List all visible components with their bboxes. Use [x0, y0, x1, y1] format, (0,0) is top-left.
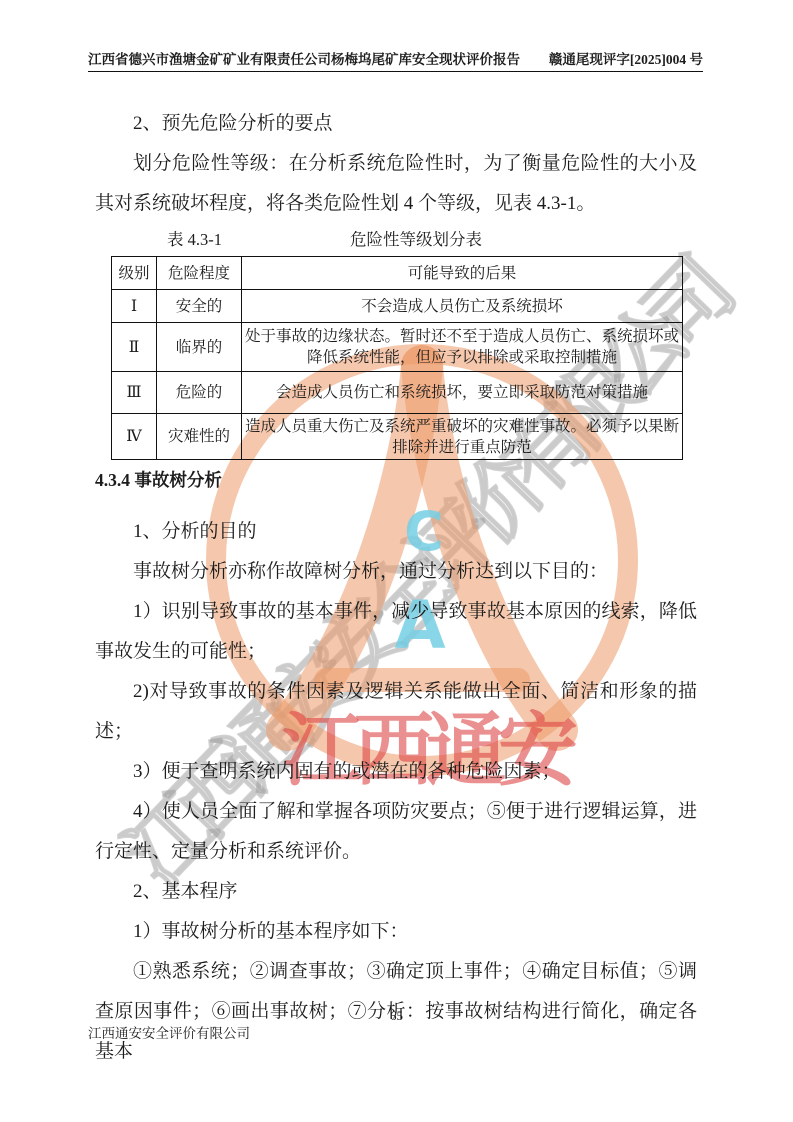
header-doc-number: 赣通尾现评字[2025]004 号: [549, 48, 703, 68]
col-header-degree: 危险程度: [157, 257, 242, 290]
document-page: 江西通安安全评价有限公司 C A 江西通安 江西省德兴市渔塘金矿矿业有限责任公司…: [0, 0, 793, 1122]
cell-level: Ⅱ: [112, 323, 157, 372]
paragraph: 4）使人员全面了解和掌握各项防灾要点；⑤便于进行逻辑运算，进行定性、定量分析和系…: [95, 792, 697, 872]
paragraph: 3）便于查明系统内固有的或潜在的各种危险因素；: [95, 752, 697, 792]
paragraph: 事故树分析亦称作故障树分析，通过分析达到以下目的：: [95, 552, 697, 592]
cell-consequence: 不会造成人员伤亡及系统损坏: [242, 290, 683, 323]
document-body: 2、预先危险分析的要点 划分危险性等级：在分析系统危险性时，为了衡量危险性的大小…: [95, 104, 697, 1072]
cell-level: Ⅰ: [112, 290, 157, 323]
cell-degree: 危险的: [157, 372, 242, 414]
cell-degree: 临界的: [157, 323, 242, 372]
section-body: 1、分析的目的 事故树分析亦称作故障树分析，通过分析达到以下目的： 1）识别导致…: [95, 512, 697, 1072]
paragraph: 2、基本程序: [95, 872, 697, 912]
paragraph: 1）事故树分析的基本程序如下：: [95, 912, 697, 952]
page-header: 江西省德兴市渔塘金矿矿业有限责任公司杨梅坞尾矿库安全现状评价报告 赣通尾现评字[…: [88, 48, 703, 68]
table-row: Ⅳ 灾难性的 造成人员重大伤亡及系统严重破坏的灾难性事故。必须予以果断排除并进行…: [112, 414, 683, 460]
table-row: Ⅲ 危险的 会造成人员伤亡和系统损坏，要立即采取防范对策措施: [112, 372, 683, 414]
cell-consequence: 处于事故的边缘状态。暂时还不至于造成人员伤亡、系统损坏或降低系统性能，但应予以排…: [242, 323, 683, 372]
table-header-row: 级别 危险程度 可能导致的后果: [112, 257, 683, 290]
paragraph: 1、分析的目的: [95, 512, 697, 552]
cell-level: Ⅲ: [112, 372, 157, 414]
paragraph-intro: 划分危险性等级：在分析系统危险性时，为了衡量危险性的大小及其对系统破坏程度，将各…: [95, 144, 697, 224]
cell-degree: 安全的: [157, 290, 242, 323]
paragraph: 2)对导致事故的条件因素及逻辑关系能做出全面、简洁和形象的描述；: [95, 672, 697, 752]
table-caption-title: 危险性等级划分表: [350, 224, 482, 256]
table-caption: 表 4.3-1 危险性等级划分表: [95, 224, 697, 256]
table-caption-label: 表 4.3-1: [167, 224, 222, 256]
cell-consequence: 造成人员重大伤亡及系统严重破坏的灾难性事故。必须予以果断排除并进行重点防范: [242, 414, 683, 460]
footer-company-name: 江西通安安全评价有限公司: [88, 1022, 250, 1042]
col-header-level: 级别: [112, 257, 157, 290]
cell-consequence: 会造成人员伤亡和系统损坏，要立即采取防范对策措施: [242, 372, 683, 414]
paragraph-topic: 2、预先危险分析的要点: [95, 104, 697, 144]
header-rule: [88, 71, 703, 72]
cell-level: Ⅳ: [112, 414, 157, 460]
cell-degree: 灾难性的: [157, 414, 242, 460]
paragraph: 1）识别导致事故的基本事件，减少导致事故基本原因的线索，降低事故发生的可能性；: [95, 592, 697, 672]
table-row: Ⅱ 临界的 处于事故的边缘状态。暂时还不至于造成人员伤亡、系统损坏或降低系统性能…: [112, 323, 683, 372]
col-header-consequence: 可能导致的后果: [242, 257, 683, 290]
header-report-title: 江西省德兴市渔塘金矿矿业有限责任公司杨梅坞尾矿库安全现状评价报告: [88, 48, 520, 68]
table-row: Ⅰ 安全的 不会造成人员伤亡及系统损坏: [112, 290, 683, 323]
section-heading: 4.3.4 事故树分析: [95, 460, 697, 500]
hazard-level-table: 级别 危险程度 可能导致的后果 Ⅰ 安全的 不会造成人员伤亡及系统损坏 Ⅱ 临界…: [111, 256, 683, 460]
